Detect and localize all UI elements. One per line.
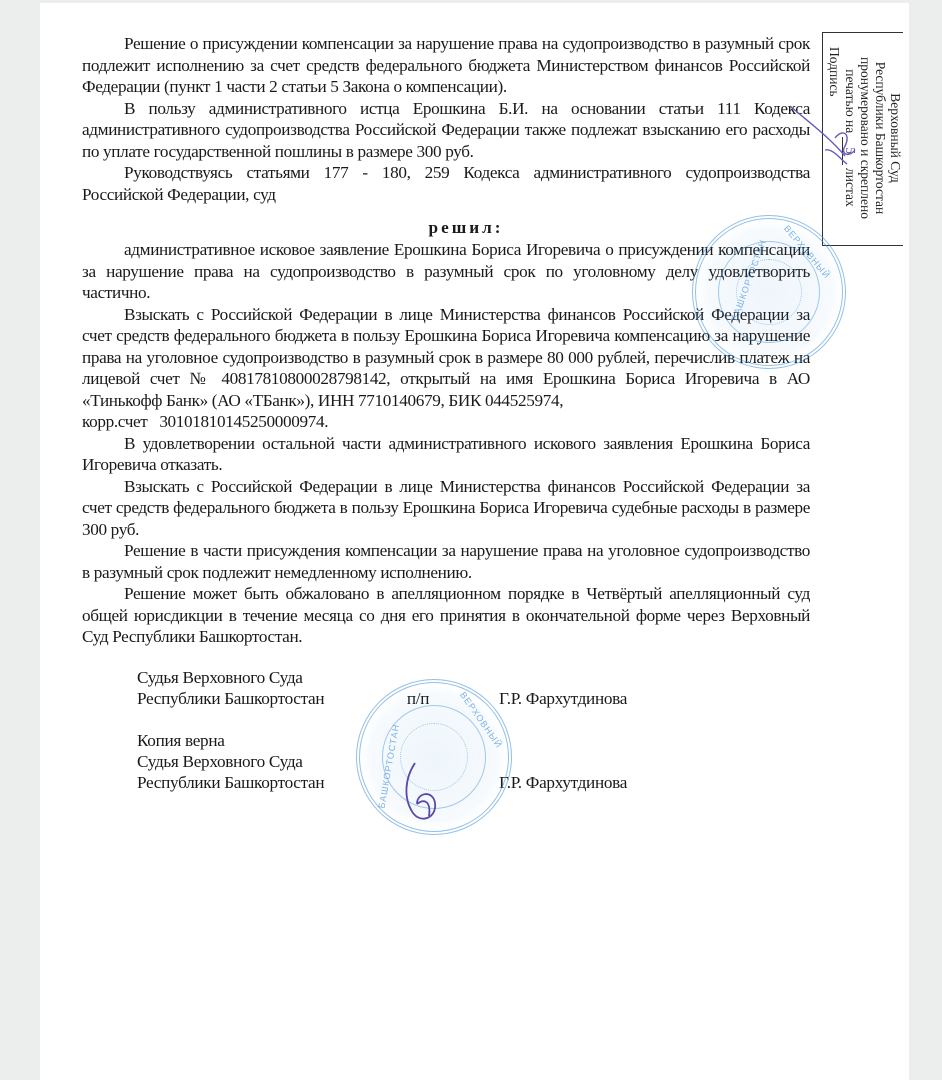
paragraph-appeal: Решение может быть обжаловано в апелляци… bbox=[82, 583, 810, 648]
paragraph-immediate-execution: Решение в части присуждения компенсации … bbox=[82, 540, 810, 583]
paragraph-compensation-execution: Решение о присуждении компенсации за нар… bbox=[82, 33, 810, 98]
copy-judge-name: Г.Р. Фархутдинова bbox=[499, 772, 697, 793]
court-name: Верховный Суд bbox=[888, 33, 903, 243]
binding-certification-box: Верховный Суд Республики Башкортостан пр… bbox=[822, 32, 903, 246]
numbered-sealed: пронумеровано и скреплено bbox=[858, 33, 873, 243]
paragraph-recover-costs: Взыскать с Российской Федерации в лице М… bbox=[82, 476, 810, 541]
paragraph-state-fee: В пользу административного истца Ерошкин… bbox=[82, 98, 810, 163]
judge-name: Г.Р. Фархутдинова bbox=[499, 688, 697, 709]
court-seal-bottom: БАШКОРТОСТАН ВЕРХОВНЫЙ bbox=[356, 679, 512, 835]
paragraph-guided-by: Руководствуясь статьями 177 - 180, 259 К… bbox=[82, 162, 810, 205]
sheets-label: листах bbox=[843, 168, 858, 207]
copy-judge-title-line2: Республики Башкортостан bbox=[137, 772, 337, 793]
sealed-on-label: печатью на bbox=[843, 69, 858, 133]
copy-certified-label: Копия верна bbox=[137, 730, 337, 751]
judge-title-line1: Судья Верховного Суда bbox=[137, 667, 337, 688]
signature-label: Подпись bbox=[827, 33, 842, 243]
judge-title-line2: Республики Башкортостан bbox=[137, 688, 337, 709]
sheet-count: 5 bbox=[842, 137, 858, 165]
correspondent-account: корр.счет 30101810145250000974. bbox=[82, 411, 810, 433]
decision-text: Решение о присуждении компенсации за нар… bbox=[82, 33, 810, 648]
paragraph-remaining-denied: В удовлетворении остальной части админис… bbox=[82, 433, 810, 476]
binding-certification-text: Верховный Суд Республики Башкортостан пр… bbox=[825, 33, 903, 243]
decision-heading: решил: bbox=[82, 217, 810, 239]
court-seal-top: БАШКОРТОСТАН ВЕРХОВНЫЙ bbox=[692, 215, 846, 369]
copy-judge-title-line1: Судья Верховного Суда bbox=[137, 751, 337, 772]
document-page: Решение о присуждении компенсации за нар… bbox=[40, 3, 909, 1080]
republic-name: Республики Башкортостан bbox=[873, 33, 888, 243]
